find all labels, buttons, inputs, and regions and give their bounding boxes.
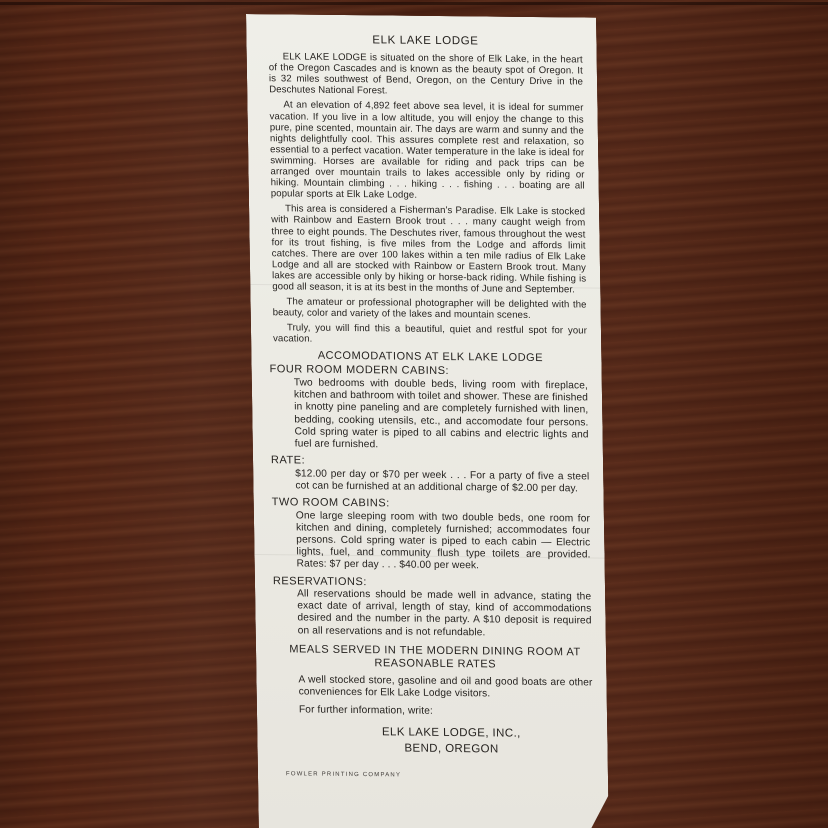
- intro-paragraph: The amateur or professional photographer…: [272, 296, 586, 321]
- intro-paragraph: At an elevation of 4,892 feet above sea …: [269, 100, 585, 203]
- brochure-page: ELK LAKE LODGE ELK LAKE LODGE is situate…: [246, 14, 609, 828]
- address-line2: BEND, OREGON: [309, 739, 593, 758]
- printer-credit: FOWLER PRINTING COMPANY: [286, 769, 594, 783]
- meals-heading-line2: REASONABLE RATES: [278, 656, 592, 671]
- section-text-reservations: All reservations should be made well in …: [297, 588, 592, 640]
- intro-paragraph: ELK LAKE LODGE is situated on the shore …: [269, 51, 584, 99]
- section-text-two-room-cabins: One large sleeping room with two double …: [296, 510, 591, 574]
- intro-paragraph: This area is considered a Fisherman's Pa…: [271, 204, 586, 296]
- section-text-four-room-cabins: Two bedrooms with double beds, living ro…: [294, 377, 589, 453]
- section-text-rate: $12.00 per day or $70 per week . . . For…: [295, 468, 589, 495]
- conveniences-text: A well stocked store, gasoline and oil a…: [298, 674, 592, 701]
- document-title: ELK LAKE LODGE: [268, 34, 582, 48]
- table-seam: [0, 2, 828, 5]
- further-info-text: For further information, write:: [299, 705, 593, 720]
- accommodations-heading: ACCOMODATIONS AT ELK LAKE LODGE: [273, 350, 587, 365]
- brochure-content: ELK LAKE LODGE ELK LAKE LODGE is situate…: [268, 34, 594, 783]
- intro-paragraph: Truly, you will find this a beautiful, q…: [273, 322, 587, 347]
